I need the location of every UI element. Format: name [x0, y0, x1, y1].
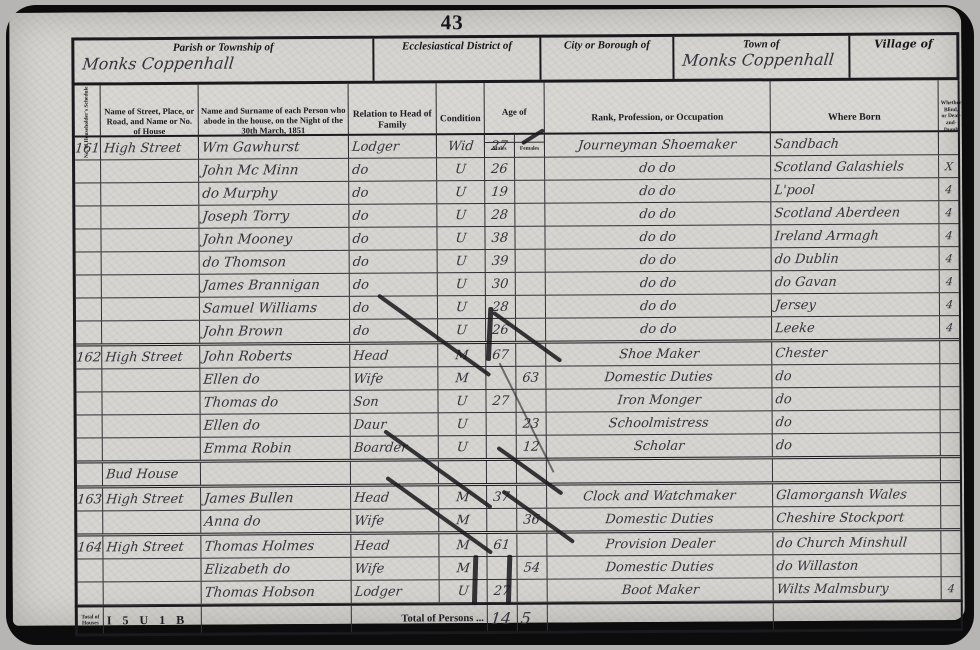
- condition: U: [438, 319, 486, 341]
- person-name: Joseph Torry: [199, 205, 349, 228]
- age-male: 30: [486, 273, 516, 295]
- total-houses-label: Total of Houses: [78, 607, 104, 633]
- relation-to-head: do: [350, 250, 438, 273]
- where-born: Chester: [772, 341, 940, 364]
- age-male: 26: [485, 158, 515, 180]
- schedule-number: 162: [76, 346, 102, 368]
- check-mark: [939, 132, 958, 154]
- person-name: Ellen do: [201, 414, 351, 437]
- check-mark: [941, 506, 960, 528]
- schedule-number: [76, 275, 102, 297]
- person-name: John Mooney: [199, 228, 349, 251]
- schedule-number: [76, 321, 102, 343]
- check-mark: 4: [939, 224, 958, 246]
- occupation: Iron Monger: [546, 388, 772, 411]
- age-female: [516, 250, 546, 272]
- occupation: do do: [545, 179, 771, 202]
- person-name: Thomas do: [200, 391, 350, 414]
- relation-to-head: do: [349, 158, 437, 181]
- age-female: [515, 181, 545, 203]
- relation-to-head: Wife: [351, 557, 439, 580]
- street-name: [102, 369, 200, 392]
- relation-to-head: Daur: [351, 413, 439, 436]
- age-male: 19: [485, 181, 515, 203]
- person-name: Samuel Williams: [200, 297, 350, 320]
- person-name: Ellen do: [200, 368, 350, 391]
- total-persons-males: 14: [488, 605, 518, 631]
- parish-field: Parish or Township of Monks Coppenhall: [74, 39, 374, 83]
- condition: U: [439, 413, 487, 435]
- relation-to-head: do: [349, 227, 437, 250]
- occupation: Clock and Watchmaker: [547, 484, 773, 507]
- street-name: [103, 415, 201, 438]
- occupation: Journeyman Shoemaker: [545, 133, 771, 156]
- schedule-number: 164: [77, 536, 103, 558]
- age-male: [487, 509, 517, 531]
- street-name: [103, 438, 201, 461]
- where-born: do Dublin: [772, 247, 940, 270]
- schedule-number: [76, 392, 102, 414]
- check-mark: [940, 364, 959, 386]
- person-name: James Brannigan: [200, 274, 350, 297]
- where-born: Sandbach: [771, 132, 939, 155]
- census-table: No. of Householder's Schedule Name of St…: [72, 80, 963, 607]
- occupation: do do: [546, 271, 772, 294]
- census-record-row: Thomas Hobson Lodger U 27 Boot Maker Wil…: [78, 577, 961, 605]
- occupation: Scholar: [547, 434, 773, 457]
- occupation: do do: [545, 202, 771, 225]
- where-born: do Willaston: [773, 554, 941, 577]
- age-female: 54: [517, 557, 547, 579]
- where-born: L'pool: [771, 178, 939, 201]
- relation-to-head: do: [349, 204, 437, 227]
- street-name: Bud House: [103, 463, 201, 486]
- check-mark: 4: [940, 270, 959, 292]
- check-mark: 4: [942, 577, 961, 599]
- census-scan-page: 43 Parish or Township of Monks Coppenhal…: [0, 0, 980, 650]
- occupation: do do: [545, 225, 771, 248]
- district-header-band: Parish or Township of Monks Coppenhall E…: [71, 32, 959, 85]
- schedule-number: 163: [77, 488, 103, 510]
- total-persons-females: 5: [518, 605, 548, 631]
- occupation: Domestic Duties: [546, 365, 772, 388]
- check-mark: 4: [940, 247, 959, 269]
- person-name: John Roberts: [200, 345, 350, 368]
- condition: U: [437, 227, 485, 249]
- schedule-number: [77, 463, 103, 485]
- street-name: [102, 298, 200, 321]
- schedule-number: [77, 415, 103, 437]
- town-value: Monks Coppenhall: [681, 50, 834, 70]
- street-name: High Street: [103, 536, 201, 559]
- ecclesiastical-field: Ecclesiastical District of: [374, 38, 542, 81]
- street-name: [101, 206, 199, 229]
- condition: U: [439, 436, 487, 458]
- street-name: High Street: [102, 346, 200, 369]
- town-field: Town of Monks Coppenhall: [674, 36, 851, 79]
- condition: U: [437, 158, 485, 180]
- totals-spacer: [202, 606, 352, 633]
- where-born: Ireland Armagh: [771, 224, 939, 247]
- street-name: [101, 183, 199, 206]
- occupation: Domestic Duties: [547, 507, 773, 530]
- person-name: Emma Robin: [201, 437, 351, 460]
- age-female: 63: [516, 367, 546, 389]
- street-name: [102, 321, 200, 344]
- condition: U: [438, 250, 486, 272]
- where-born: Scotland Aberdeen: [771, 201, 939, 224]
- check-mark: 4: [939, 201, 958, 223]
- person-name: Anna do: [201, 510, 351, 533]
- relation-to-head: Head: [351, 534, 439, 557]
- relation-to-head: Head: [350, 344, 438, 367]
- schedule-number: [76, 298, 102, 320]
- schedule-number: [77, 438, 103, 460]
- check-mark: [941, 483, 960, 505]
- occupation: Shoe Maker: [546, 342, 772, 365]
- schedule-number: [75, 160, 101, 182]
- street-name: [104, 582, 202, 605]
- street-name: [102, 392, 200, 415]
- occupation: do do: [546, 317, 772, 340]
- ecclesiastical-label: Ecclesiastical District of: [374, 38, 540, 53]
- where-born: Jersey: [772, 293, 940, 316]
- where-born: Wilts Malmsbury: [774, 577, 942, 600]
- condition: U: [438, 273, 486, 295]
- person-name: James Bullen: [201, 487, 351, 510]
- person-name: Wm Gawhurst: [199, 136, 349, 159]
- check-mark: [941, 458, 960, 480]
- total-persons-label: Total of Persons ...: [352, 605, 488, 632]
- check-mark: [941, 554, 960, 576]
- condition: Wid: [437, 135, 485, 157]
- age-male: 39: [486, 250, 516, 272]
- check-mark: [941, 433, 960, 455]
- where-born: do Gavan: [772, 270, 940, 293]
- condition: U: [438, 296, 486, 318]
- street-name: [102, 252, 200, 275]
- occupation: do do: [546, 248, 772, 271]
- check-mark: [940, 387, 959, 409]
- person-name: do Murphy: [199, 182, 349, 205]
- age-female: [515, 227, 545, 249]
- check-mark: X: [939, 155, 958, 177]
- occupation: Boot Maker: [548, 578, 774, 601]
- where-born: do: [773, 410, 941, 433]
- where-born: do: [772, 387, 940, 410]
- age-male: 27: [485, 135, 515, 157]
- age-male: [487, 557, 517, 579]
- street-name: [102, 275, 200, 298]
- street-name: High Street: [101, 137, 199, 160]
- age-male: 28: [485, 204, 515, 226]
- check-mark: 4: [940, 316, 959, 338]
- street-name: [103, 559, 201, 582]
- census-form: Parish or Township of Monks Coppenhall E…: [71, 32, 963, 636]
- check-mark: [941, 410, 960, 432]
- age-male: [487, 461, 517, 483]
- totals-empty-occupation: [548, 603, 774, 630]
- where-born: Scotland Galashiels: [771, 155, 939, 178]
- relation-to-head: Lodger: [352, 580, 440, 603]
- totals-empty-born: [774, 602, 961, 629]
- age-male: 38: [485, 227, 515, 249]
- check-mark: [941, 531, 960, 553]
- totals-row: Total of Houses I 5 U 1 B Total of Perso…: [75, 602, 963, 636]
- schedule-number: [75, 206, 101, 228]
- age-female: [517, 534, 547, 556]
- person-name: Elizabeth do: [201, 558, 351, 581]
- person-name: do Thomson: [200, 251, 350, 274]
- schedule-number: [77, 559, 103, 581]
- street-name: [101, 229, 199, 252]
- column-header-row: No. of Householder's Schedule Name of St…: [75, 80, 958, 137]
- person-name: Thomas Holmes: [201, 535, 351, 558]
- condition: U: [438, 390, 486, 412]
- street-name: High Street: [103, 488, 201, 511]
- age-female: [515, 204, 545, 226]
- city-borough-label: City or Borough of: [542, 37, 672, 52]
- town-label: Town of: [674, 36, 848, 51]
- age-female: [516, 296, 546, 318]
- age-female: [518, 580, 548, 602]
- relation-to-head: Wife: [350, 367, 438, 390]
- schedule-number: [76, 369, 102, 391]
- condition: M: [439, 557, 487, 579]
- relation-to-head: Son: [350, 390, 438, 413]
- occupation: Schoolmistress: [547, 411, 773, 434]
- where-born: Leeke: [772, 316, 940, 339]
- age-female: [515, 158, 545, 180]
- schedule-number: [75, 183, 101, 205]
- occupation: [547, 459, 773, 482]
- where-born: Glamorgansh Wales: [773, 483, 941, 506]
- condition: U: [437, 181, 485, 203]
- person-name: [201, 462, 351, 485]
- age-female: [516, 273, 546, 295]
- occupation: Provision Dealer: [547, 532, 773, 555]
- person-name: John Mc Minn: [199, 159, 349, 182]
- city-borough-field: City or Borough of: [542, 37, 675, 80]
- village-field: Village of: [850, 35, 956, 78]
- age-male: [487, 413, 517, 435]
- schedule-number: [77, 511, 103, 533]
- relation-to-head: do: [349, 181, 437, 204]
- occupation: do do: [545, 156, 771, 179]
- condition: U: [437, 204, 485, 226]
- occupation: Domestic Duties: [547, 555, 773, 578]
- age-male: 27: [488, 580, 518, 602]
- where-born: do: [772, 364, 940, 387]
- occupation: do do: [546, 294, 772, 317]
- where-born: Cheshire Stockport: [773, 506, 941, 529]
- check-mark: [940, 341, 959, 363]
- census-sheet: 43 Parish or Township of Monks Coppenhal…: [9, 7, 965, 626]
- age-male: 27: [486, 390, 516, 412]
- check-mark: 4: [939, 178, 958, 200]
- schedule-number: [76, 252, 102, 274]
- village-label: Village of: [850, 35, 956, 51]
- street-name: [103, 511, 201, 534]
- schedule-number: [75, 229, 101, 251]
- total-houses-value: I 5 U 1 B: [104, 607, 202, 634]
- person-name: Thomas Hobson: [202, 581, 352, 604]
- check-mark: 4: [940, 293, 959, 315]
- where-born: do Church Minshull: [773, 531, 941, 554]
- relation-to-head: Wife: [351, 509, 439, 532]
- condition: U: [440, 580, 488, 602]
- relation-to-head: Lodger: [349, 135, 437, 158]
- street-name: [101, 160, 199, 183]
- schedule-number: 161: [75, 137, 101, 159]
- parish-value: Monks Coppenhall: [82, 54, 235, 74]
- relation-to-head: do: [350, 273, 438, 296]
- schedule-number: [78, 582, 104, 604]
- person-name: John Brown: [200, 320, 350, 343]
- where-born: [773, 458, 941, 481]
- where-born: do: [773, 433, 941, 456]
